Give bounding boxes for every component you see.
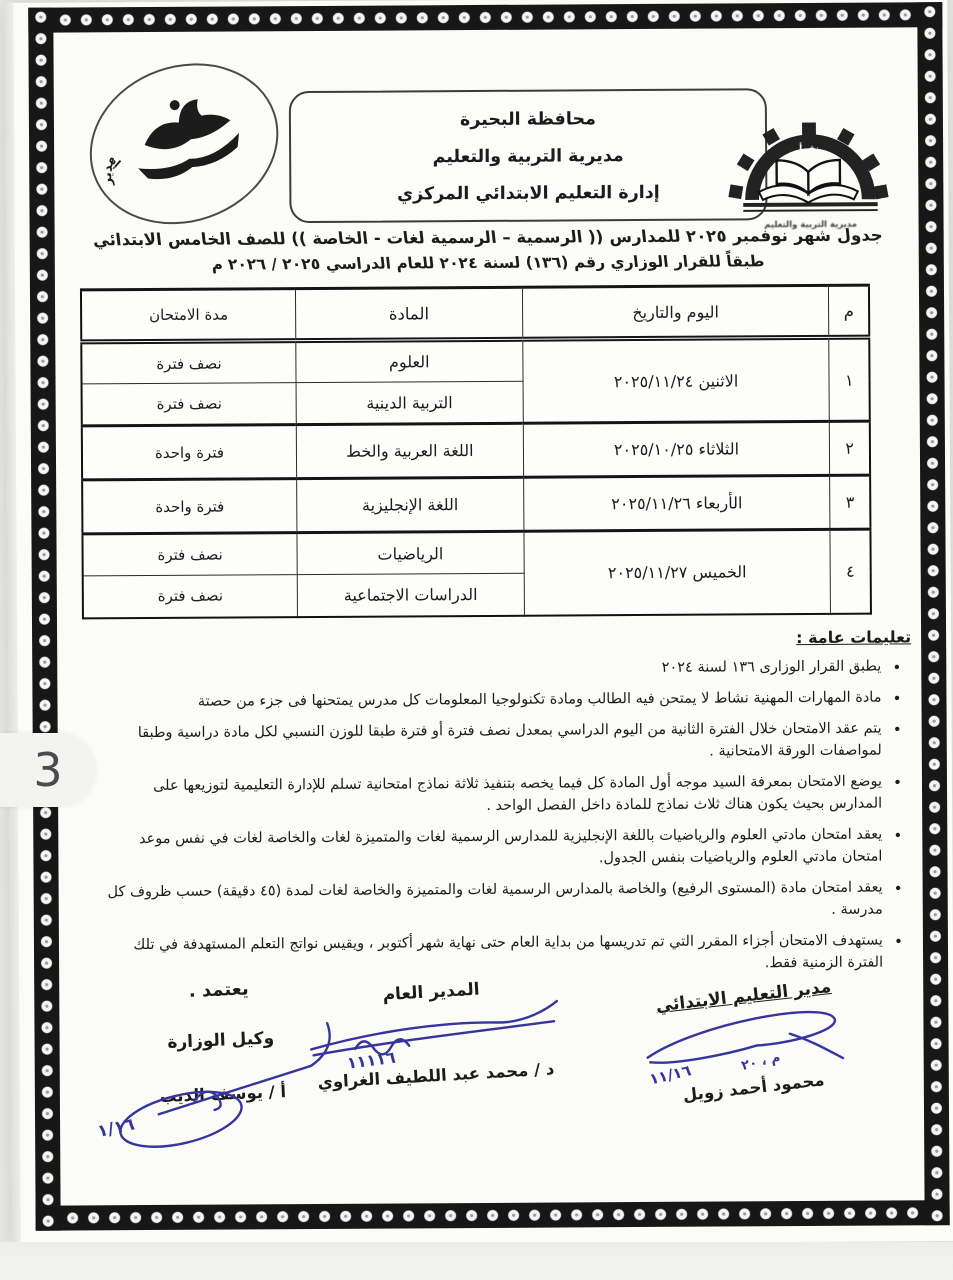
- bullet-icon: •: [893, 687, 902, 709]
- subject-cell: العلوم: [296, 339, 523, 382]
- bullet-icon: •: [892, 656, 901, 678]
- table-row: ٢الثلاثاء ٢٠٢٥/١٠/٢٥اللغة العربية والخطف…: [82, 421, 870, 480]
- bullet-icon: •: [894, 877, 903, 899]
- exam-table-body: ١الاثنين ٢٠٢٥/١١/٢٤العلومنصف فترةالتربية…: [81, 337, 871, 618]
- signature-block-primary-education-director: مدير التعليم الابتدائي ١١/١٦ م ، ٢٠ محمو…: [608, 972, 889, 1112]
- border-right: [917, 2, 949, 1225]
- duration-cell: نصف فترة: [83, 575, 298, 618]
- instruction-item: •يعقد امتحان مادتي العلوم والرياضيات بال…: [98, 823, 904, 872]
- subject-cell: الرياضيات: [297, 531, 524, 574]
- day-date-cell: الاثنين ٢٠٢٥/١١/٢٤: [522, 337, 829, 423]
- bullet-icon: •: [893, 771, 902, 793]
- table-row: ٤الخميس ٢٠٢٥/١١/٢٧الرياضياتنصف فترة: [82, 529, 870, 576]
- table-header-row: م اليوم والتاريخ المادة مدة الامتحان: [81, 285, 869, 342]
- governorate-line: محافظة البحيرة: [291, 100, 765, 140]
- bullet-icon: •: [894, 930, 903, 952]
- subject-cell: اللغة الإنجليزية: [297, 477, 524, 532]
- directorate-line: مديرية التربية والتعليم: [291, 137, 765, 177]
- instruction-item: •يعقد امتحان مادة (المستوى الرفيع) والخا…: [99, 876, 905, 925]
- subject-cell: التربية الدينية: [296, 381, 523, 424]
- table-row: ٣الأربعاء ٢٠٢٥/١١/٢٦اللغة الإنجليزيةفترة…: [82, 475, 870, 534]
- duration-cell: نصف فترة: [82, 533, 297, 576]
- col-header-num: م: [829, 285, 869, 337]
- svg-text:م ، ٢٠: م ، ٢٠: [740, 1050, 782, 1074]
- col-header-duration: مدة الامتحان: [81, 289, 296, 342]
- page-number: 3: [33, 743, 62, 797]
- duration-cell: نصف فترة: [81, 341, 296, 384]
- duration-cell: فترة واحدة: [82, 479, 297, 534]
- day-date-cell: الثلاثاء ٢٠٢٥/١٠/٢٥: [523, 421, 830, 477]
- signature-block-ministry-undersecretary: يعتمد . وكيل الوزارة أ / يوسف الديب ٢٠٢٥…: [93, 975, 350, 1151]
- border-left: [28, 8, 60, 1231]
- subject-cell: الدراسات الاجتماعية: [297, 573, 524, 616]
- table-row: ١الاثنين ٢٠٢٥/١١/٢٤العلومنصف فترة: [81, 337, 869, 384]
- instructions-heading: تعليمات عامة :: [796, 627, 911, 647]
- border-bottom: [36, 1200, 950, 1231]
- scan-edge-bottom: [0, 1242, 953, 1280]
- instruction-text: يستهدف الامتحان أجزاء المقرر التي تم تدر…: [133, 933, 883, 972]
- document-content: مديرية التربية والتعليم إدارة التعليم ال…: [56, 27, 920, 1200]
- administration-line: إدارة التعليم الابتدائي المركزي: [291, 174, 765, 214]
- row-number: ٢: [830, 421, 870, 475]
- instruction-text: يطبق القرار الوزارى ١٣٦ لسنة ٢٠٢٤: [662, 659, 882, 676]
- row-number: ٤: [830, 529, 871, 613]
- directorate-oval-seal: مديرية التربية والتعليم إدارة التعليم ال…: [63, 32, 305, 256]
- subject-cell: اللغة العربية والخط: [296, 423, 523, 478]
- day-date-cell: الخميس ٢٠٢٥/١١/٢٧: [524, 529, 831, 615]
- instruction-text: يوضع الامتحان بمعرفة السيد موجه أول الما…: [153, 774, 882, 814]
- instruction-text: مادة المهارات المهنية نشاط لا يمتحن فيه …: [198, 690, 882, 710]
- instruction-item: •يطبق القرار الوزارى ١٣٦ لسنة ٢٠٢٤: [97, 655, 903, 682]
- instruction-item: •مادة المهارات المهنية نشاط لا يمتحن فيه…: [93, 686, 903, 713]
- instructions-list: •يطبق القرار الوزارى ١٣٦ لسنة ٢٠٢٤•مادة …: [97, 655, 905, 987]
- exam-table: م اليوم والتاريخ المادة مدة الامتحان ١ال…: [80, 284, 872, 619]
- title-line-1: جدول شهر نوفمبر ٢٠٢٥ للمدارس (( الرسمية …: [87, 226, 889, 250]
- duration-cell: فترة واحدة: [82, 425, 297, 480]
- duration-cell: نصف فترة: [82, 383, 297, 426]
- row-number: ٣: [830, 475, 870, 529]
- bullet-icon: •: [893, 718, 902, 740]
- seal-bottom-text: إدارة التعليم الابتدائي المركزي: [63, 77, 125, 180]
- instruction-item: •يوضع الامتحان بمعرفة السيد موجه أول الم…: [98, 770, 904, 819]
- page-number-overlay: 3: [0, 733, 96, 807]
- instruction-item: •يستهدف الامتحان أجزاء المقرر التي تم تد…: [99, 929, 905, 978]
- seal-bird-emblem: [121, 83, 246, 187]
- svg-text:٢٠٢٥/١١/١٦: ٢٠٢٥/١١/١٦: [95, 1115, 136, 1151]
- instruction-text: يتم عقد الامتحان خلال الفترة الثانية من …: [138, 721, 882, 760]
- svg-text:١١/١٦: ١١/١٦: [648, 1061, 693, 1088]
- bullet-icon: •: [893, 824, 902, 846]
- instruction-item: •يتم عقد الامتحان خلال الفترة الثانية من…: [98, 717, 904, 766]
- instruction-text: يعقد امتحان مادة (المستوى الرفيع) والخاص…: [107, 880, 882, 918]
- emblem-inner-text: نقرأ: [799, 142, 819, 155]
- row-number: ١: [829, 337, 870, 421]
- scan-edge-left: [4, 3, 21, 1247]
- scanned-document-sheet: مديرية التربية والتعليم إدارة التعليم ال…: [4, 0, 953, 1247]
- title-line-2: طبقاً للقرار الوزاري رقم (١٣٦) لسنة ٢٠٢٤…: [87, 252, 889, 275]
- exam-schedule: م اليوم والتاريخ المادة مدة الامتحان ١ال…: [80, 284, 872, 619]
- col-header-subject: المادة: [296, 287, 523, 340]
- instruction-text: يعقد امتحان مادتي العلوم والرياضيات بالل…: [139, 827, 883, 867]
- col-header-day: اليوم والتاريخ: [522, 285, 829, 339]
- day-date-cell: الأربعاء ٢٠٢٥/١١/٢٦: [523, 475, 830, 531]
- document-title: جدول شهر نوفمبر ٢٠٢٥ للمدارس (( الرسمية …: [88, 225, 888, 274]
- header-box: محافظة البحيرة مديرية التربية والتعليم إ…: [289, 88, 768, 223]
